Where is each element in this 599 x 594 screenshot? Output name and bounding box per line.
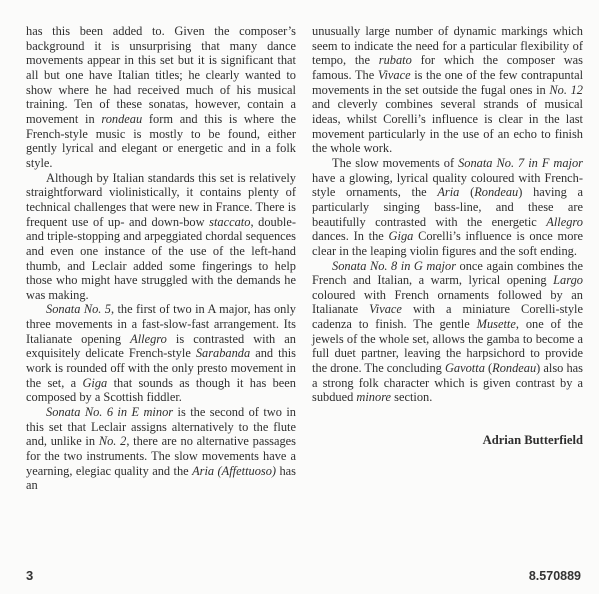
- paragraph: Sonata No. 5, the first of two in A majo…: [26, 302, 296, 405]
- text-run: The slow movements of: [332, 156, 458, 170]
- right-column-body: unusually large number of dynamic markin…: [312, 24, 583, 405]
- italic-term: Vivace: [378, 68, 411, 82]
- italic-term: Sonata No. 6 in E minor: [46, 405, 173, 419]
- italic-term: staccato: [209, 215, 250, 229]
- italic-term: Allegro: [546, 215, 583, 229]
- paragraph: Sonata No. 6 in E minor is the second of…: [26, 405, 296, 493]
- left-column: has this been added to. Given the compos…: [26, 24, 296, 493]
- paragraph: Sonata No. 8 in G major once again combi…: [312, 259, 583, 406]
- paragraph: has this been added to. Given the compos…: [26, 24, 296, 171]
- text-run: has this been added to. Given the compos…: [26, 24, 296, 126]
- italic-term: Largo: [553, 273, 583, 287]
- italic-term: Vivace: [369, 302, 402, 316]
- italic-term: Sarabanda: [196, 346, 250, 360]
- page-number: 3: [26, 568, 33, 583]
- paragraph: The slow movements of Sonata No. 7 in F …: [312, 156, 583, 259]
- italic-term: No. 12: [549, 83, 583, 97]
- italic-term: Aria: [437, 185, 459, 199]
- italic-term: No. 2: [99, 434, 127, 448]
- italic-term: rubato: [379, 53, 412, 67]
- author-signature: Adrian Butterfield: [312, 433, 583, 448]
- text-run: section.: [391, 390, 432, 404]
- catalogue-number: 8.570889: [529, 569, 581, 583]
- italic-term: minore: [356, 390, 391, 404]
- italic-term: rondeau: [101, 112, 142, 126]
- italic-term: Aria (Affettuoso): [192, 464, 276, 478]
- paragraph: Although by Italian standards this set i…: [26, 171, 296, 303]
- italic-term: Giga: [389, 229, 414, 243]
- text-run: and cleverly combines several strands of…: [312, 97, 583, 155]
- italic-term: Musette: [477, 317, 516, 331]
- right-column: unusually large number of dynamic markin…: [312, 24, 583, 448]
- italic-term: Rondeau: [474, 185, 518, 199]
- italic-term: Sonata No. 7 in F major: [458, 156, 583, 170]
- paragraph: unusually large number of dynamic markin…: [312, 24, 583, 156]
- italic-term: Sonata No. 8 in G major: [332, 259, 456, 273]
- text-run: (: [459, 185, 474, 199]
- italic-term: Rondeau: [492, 361, 536, 375]
- italic-term: Sonata No. 5: [46, 302, 111, 316]
- italic-term: Allegro: [130, 332, 167, 346]
- text-run: dances. In the: [312, 229, 389, 243]
- italic-term: Giga: [82, 376, 107, 390]
- italic-term: Gavotta: [445, 361, 485, 375]
